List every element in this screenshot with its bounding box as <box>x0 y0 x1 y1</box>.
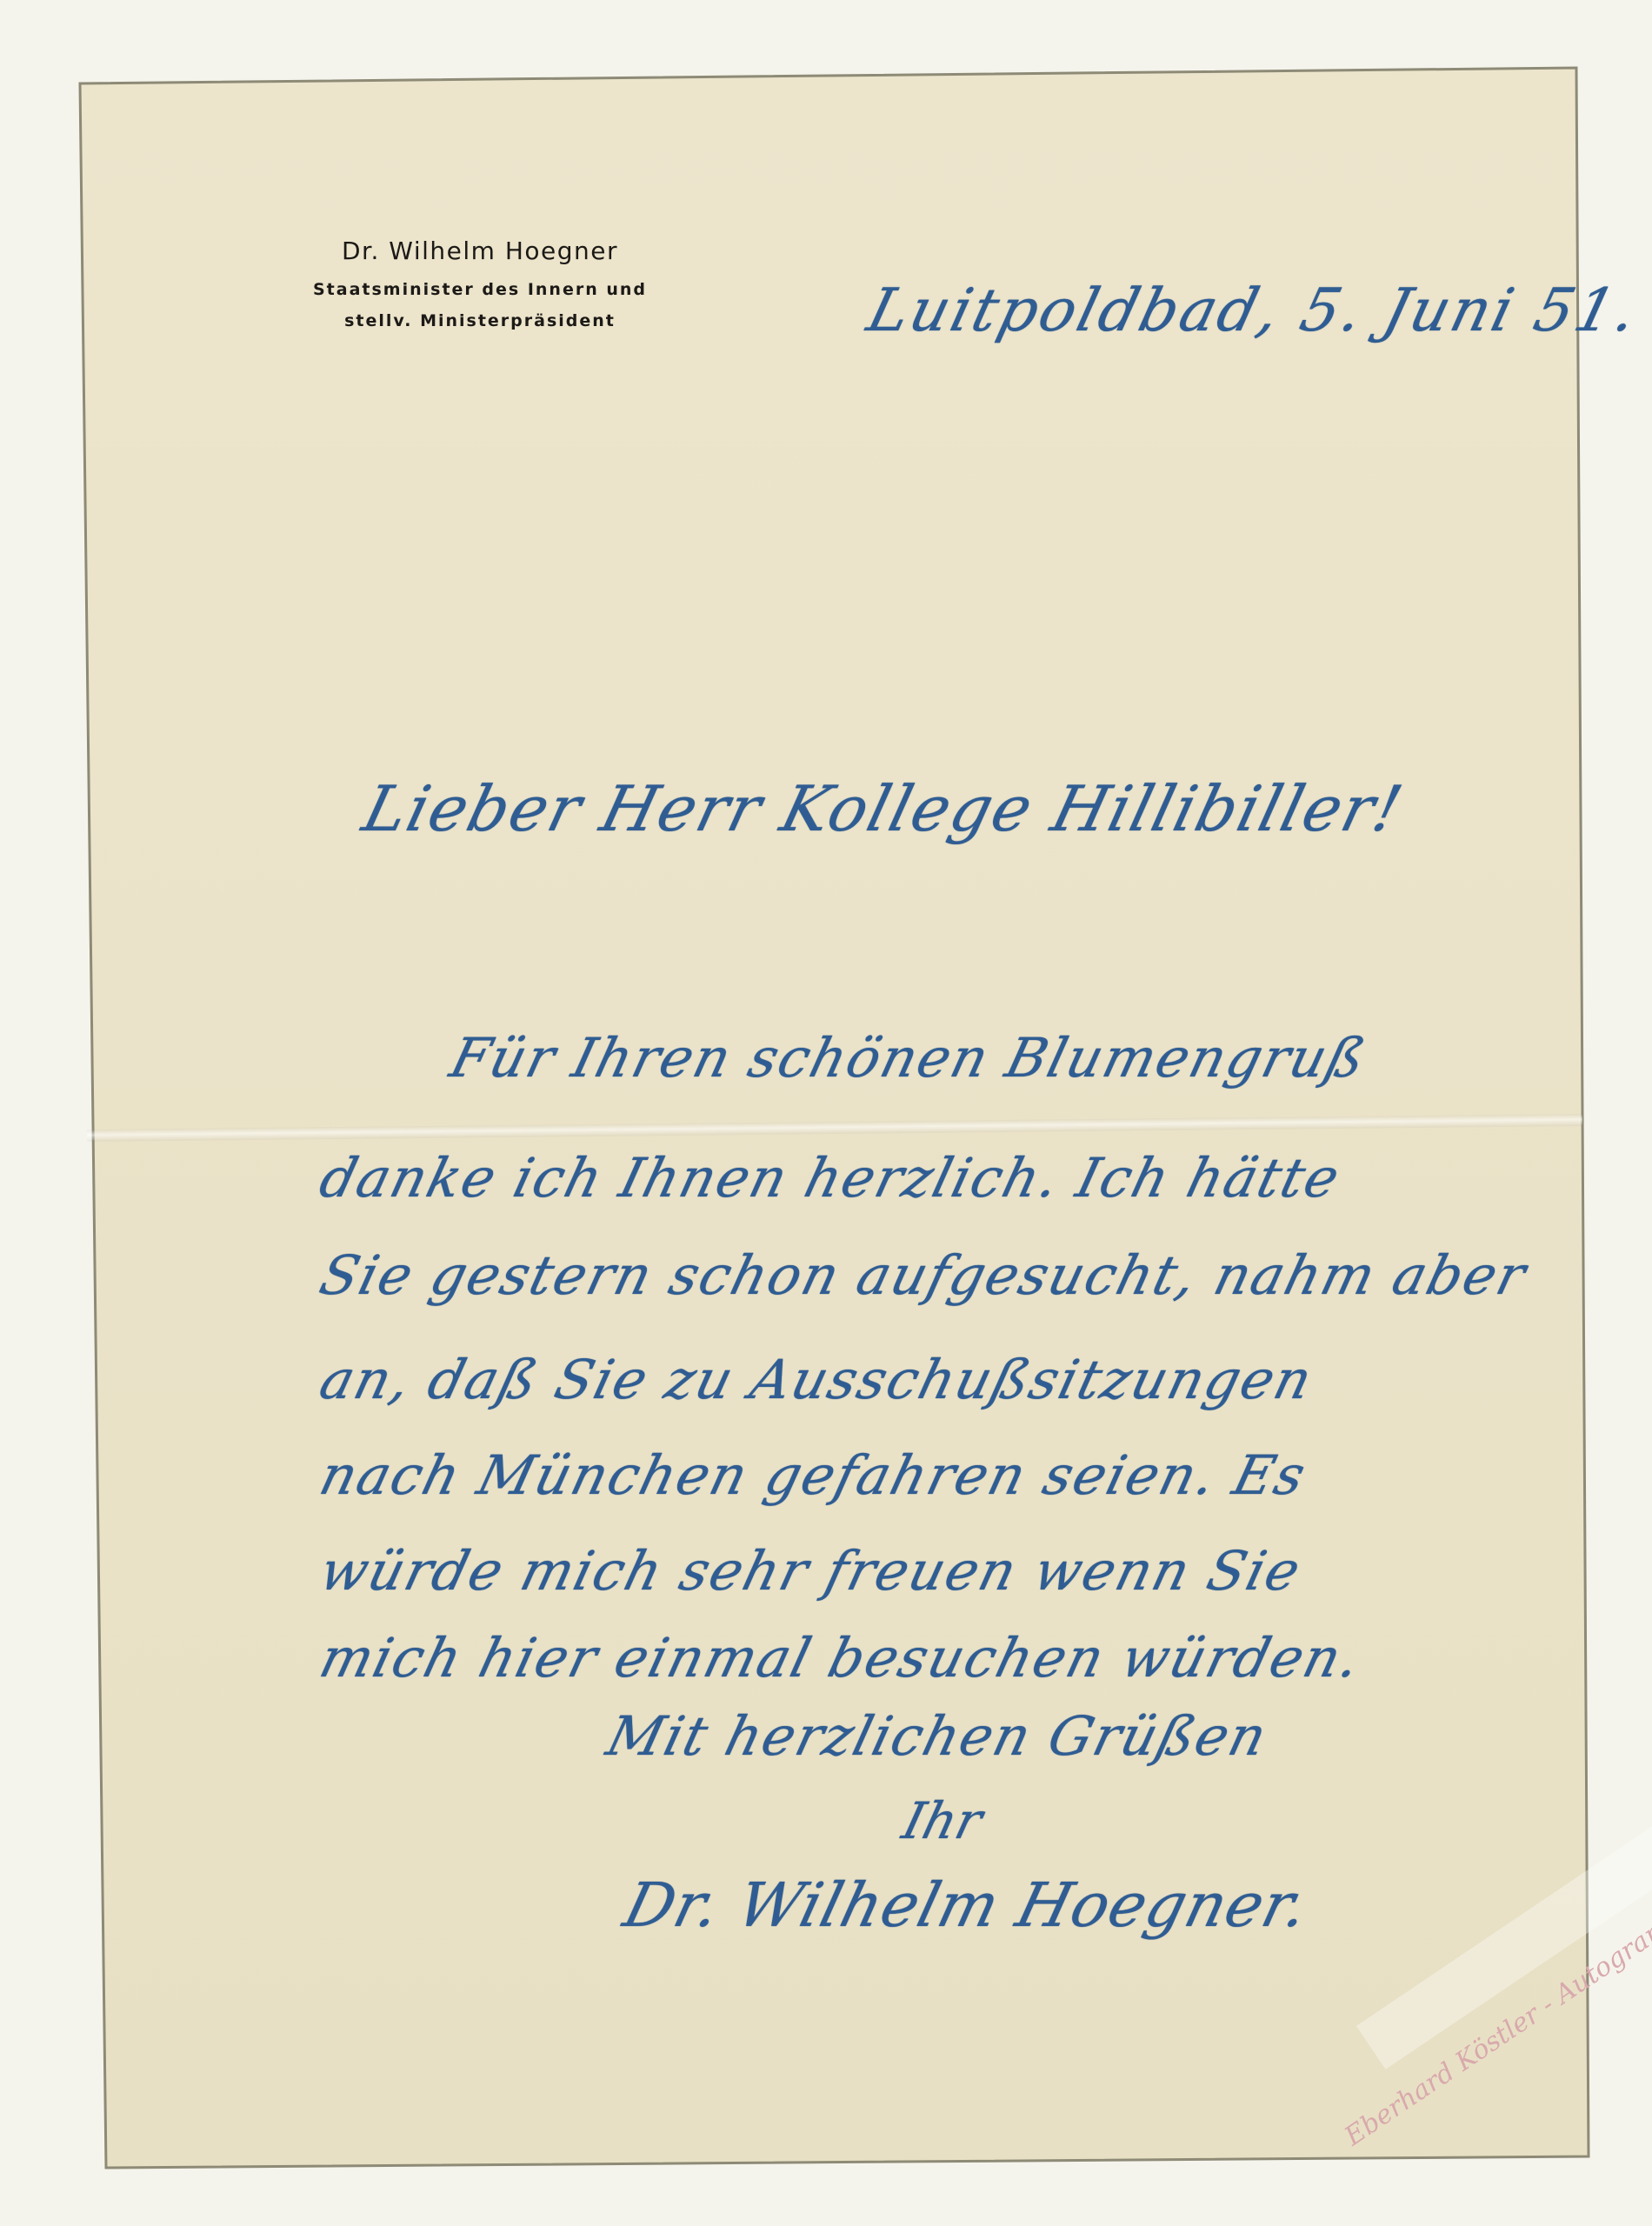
body-line: danke ich Ihnen herzlich. Ich hätte <box>314 1146 1348 1210</box>
letterhead: Dr. Wilhelm Hoegner Staatsminister des I… <box>280 237 680 337</box>
body-line: Für Ihren schönen Blumengruß <box>444 1026 1373 1090</box>
handwritten-dateline: Luitpoldbad, 5. Juni 51. <box>861 277 1646 345</box>
handwritten-salutation: Lieber Herr Kollege Hillibiller! <box>356 772 1411 845</box>
letterhead-name: Dr. Wilhelm Hoegner <box>280 237 680 265</box>
letterhead-title-1: Staatsminister des Innern und <box>280 274 680 305</box>
handwritten-closing-ihr: Ihr <box>897 1791 989 1850</box>
handwritten-signature: Dr. Wilhelm Hoegner. <box>617 1869 1316 1941</box>
body-line: nach München gefahren seien. Es <box>314 1443 1313 1507</box>
letterhead-title-2: stellv. Ministerpräsident <box>280 305 680 337</box>
body-line: Sie gestern schon aufgesucht, nahm aber <box>314 1243 1534 1307</box>
body-line: an, daß Sie zu Ausschußsitzungen <box>314 1348 1320 1411</box>
body-line: mich hier einmal besuchen würden. <box>314 1626 1368 1689</box>
body-line: würde mich sehr freuen wenn Sie <box>314 1539 1309 1603</box>
handwritten-closing: Mit herzlichen Grüßen <box>601 1704 1275 1768</box>
